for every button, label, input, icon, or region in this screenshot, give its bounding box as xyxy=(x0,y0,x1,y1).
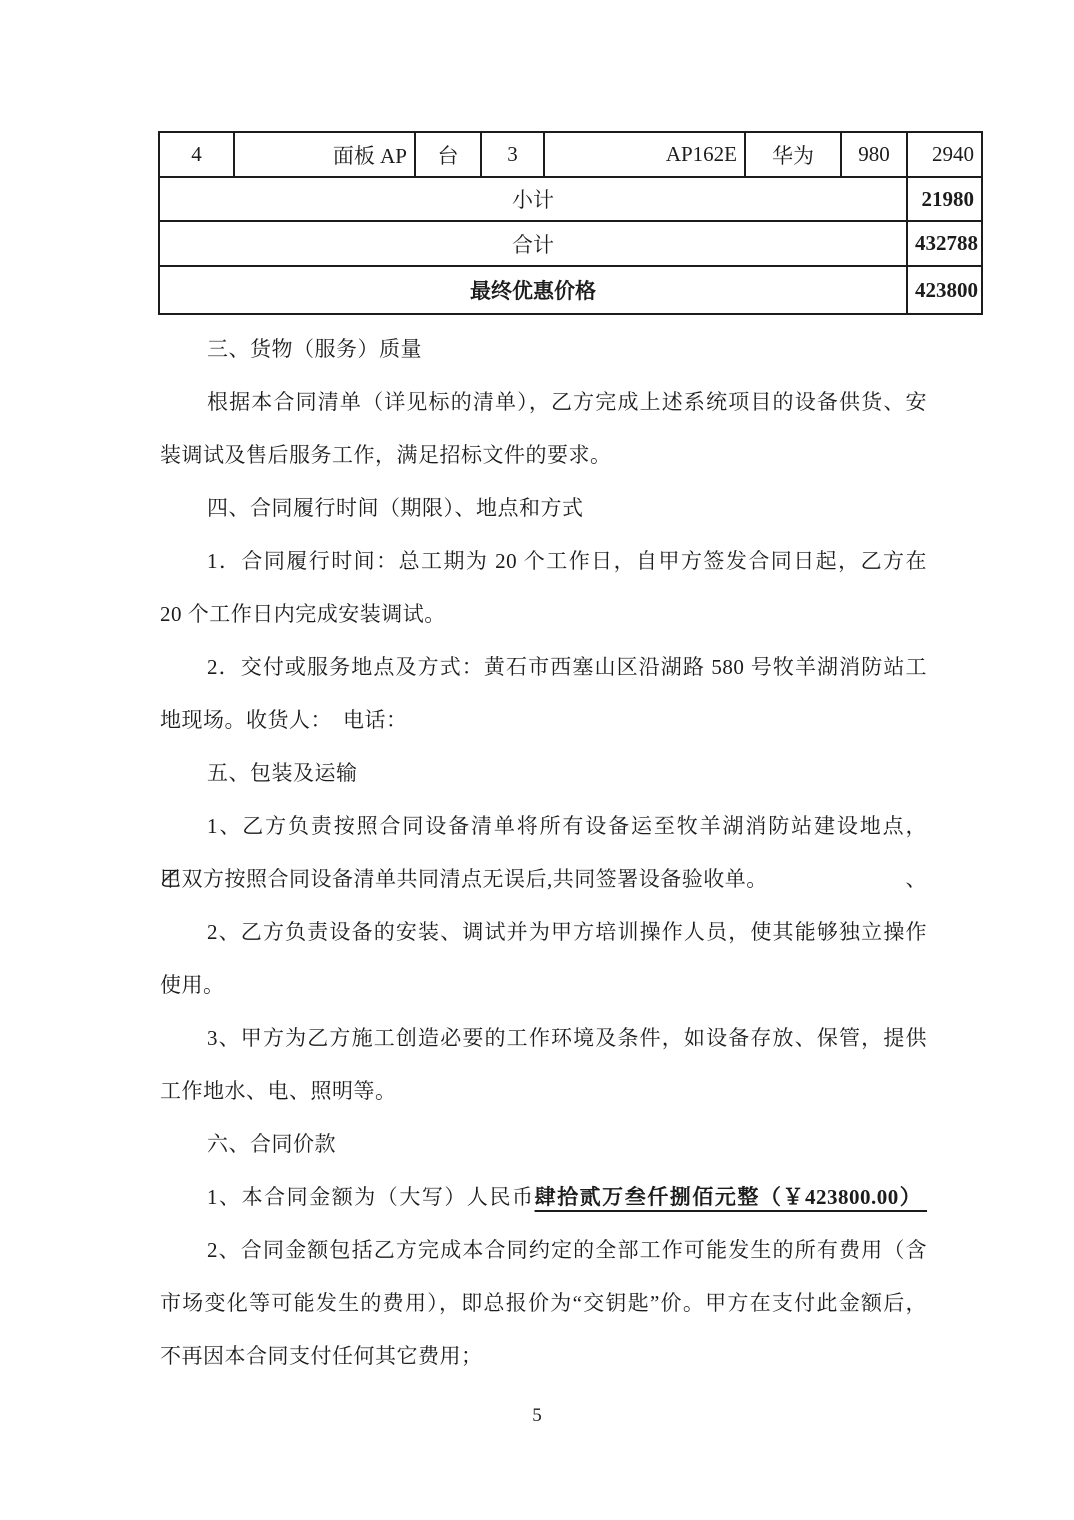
paragraph-line: 使用。 xyxy=(160,959,927,1012)
table-row-item: 4 面板 AP 台 3 AP162E 华为 980 2940 xyxy=(159,132,982,177)
subtotal-value: 21980 xyxy=(907,177,982,221)
amount-prefix: 1、本合同金额为（大写）人民币 xyxy=(207,1185,535,1209)
table-row-total: 合计 432788 xyxy=(159,221,982,266)
table-row-final-price: 最终优惠价格 423800 xyxy=(159,266,982,314)
paragraph-line: 2、乙方负责设备的安装、调试并为甲方培训操作人员，使其能够独立操作 xyxy=(160,906,927,959)
price-table: 4 面板 AP 台 3 AP162E 华为 980 2940 小计 21980 … xyxy=(158,131,983,315)
document-page: 4 面板 AP 台 3 AP162E 华为 980 2940 小计 21980 … xyxy=(0,0,1074,1520)
paragraph-line: 装调试及售后服务工作，满足招标文件的要求。 xyxy=(160,429,927,482)
heading-section-3: 三、货物（服务）质量 xyxy=(160,323,927,376)
amount-underlined: 肆拾贰万叁仟捌佰元整（￥423800.00） xyxy=(535,1185,927,1209)
contract-amount-line: 1、本合同金额为（大写）人民币肆拾贰万叁仟捌佰元整（￥423800.00） xyxy=(160,1171,927,1224)
heading-section-5: 五、包装及运输 xyxy=(160,747,927,800)
cell-unit: 台 xyxy=(415,132,481,177)
cell-total-price: 2940 xyxy=(907,132,982,177)
final-price-value: 423800 xyxy=(907,266,982,314)
cell-brand: 华为 xyxy=(745,132,841,177)
heading-section-6: 六、合同价款 xyxy=(160,1118,927,1171)
table-row-subtotal: 小计 21980 xyxy=(159,177,982,221)
cell-qty: 3 xyxy=(481,132,544,177)
total-label: 合计 xyxy=(159,221,907,266)
paragraph-line: 不再因本合同支付任何其它费用； xyxy=(160,1330,927,1383)
paragraph-line: 2、合同金额包括乙方完成本合同约定的全部工作可能发生的所有费用（含 xyxy=(160,1224,927,1277)
final-price-label: 最终优惠价格 xyxy=(159,266,907,314)
content-block: 4 面板 AP 台 3 AP162E 华为 980 2940 小计 21980 … xyxy=(160,131,927,1383)
paragraph-line: 20 个工作日内完成安装调试。 xyxy=(160,588,927,641)
cell-name: 面板 AP xyxy=(234,132,415,177)
contract-clauses: 三、货物（服务）质量 根据本合同清单（详见标的清单），乙方完成上述系统项目的设备… xyxy=(160,323,927,1383)
paragraph-line: 市场变化等可能发生的费用），即总报价为“交钥匙”价。甲方在支付此金额后， xyxy=(160,1277,927,1330)
total-value: 432788 xyxy=(907,221,982,266)
paragraph-line: 1、乙方负责按照合同设备清单将所有设备运至牧羊湖消防站建设地点，甲、 xyxy=(160,800,927,853)
cell-unit-price: 980 xyxy=(841,132,907,177)
paragraph-line: 工作地水、电、照明等。 xyxy=(160,1065,927,1118)
paragraph-line: 根据本合同清单（详见标的清单），乙方完成上述系统项目的设备供货、安 xyxy=(160,376,927,429)
cell-seq: 4 xyxy=(159,132,234,177)
subtotal-label: 小计 xyxy=(159,177,907,221)
paragraph-line: 3、甲方为乙方施工创造必要的工作环境及条件，如设备存放、保管，提供 xyxy=(160,1012,927,1065)
paragraph-line: 2．交付或服务地点及方式：黄石市西塞山区沿湖路 580 号牧羊湖消防站工 xyxy=(160,641,927,694)
paragraph-line: 1．合同履行时间：总工期为 20 个工作日，自甲方签发合同日起，乙方在 xyxy=(160,535,927,588)
heading-section-4: 四、合同履行时间（期限）、地点和方式 xyxy=(160,482,927,535)
paragraph-line: 地现场。收货人： 电话： xyxy=(160,694,927,747)
cell-model: AP162E xyxy=(544,132,745,177)
page-number: 5 xyxy=(0,1405,1074,1427)
